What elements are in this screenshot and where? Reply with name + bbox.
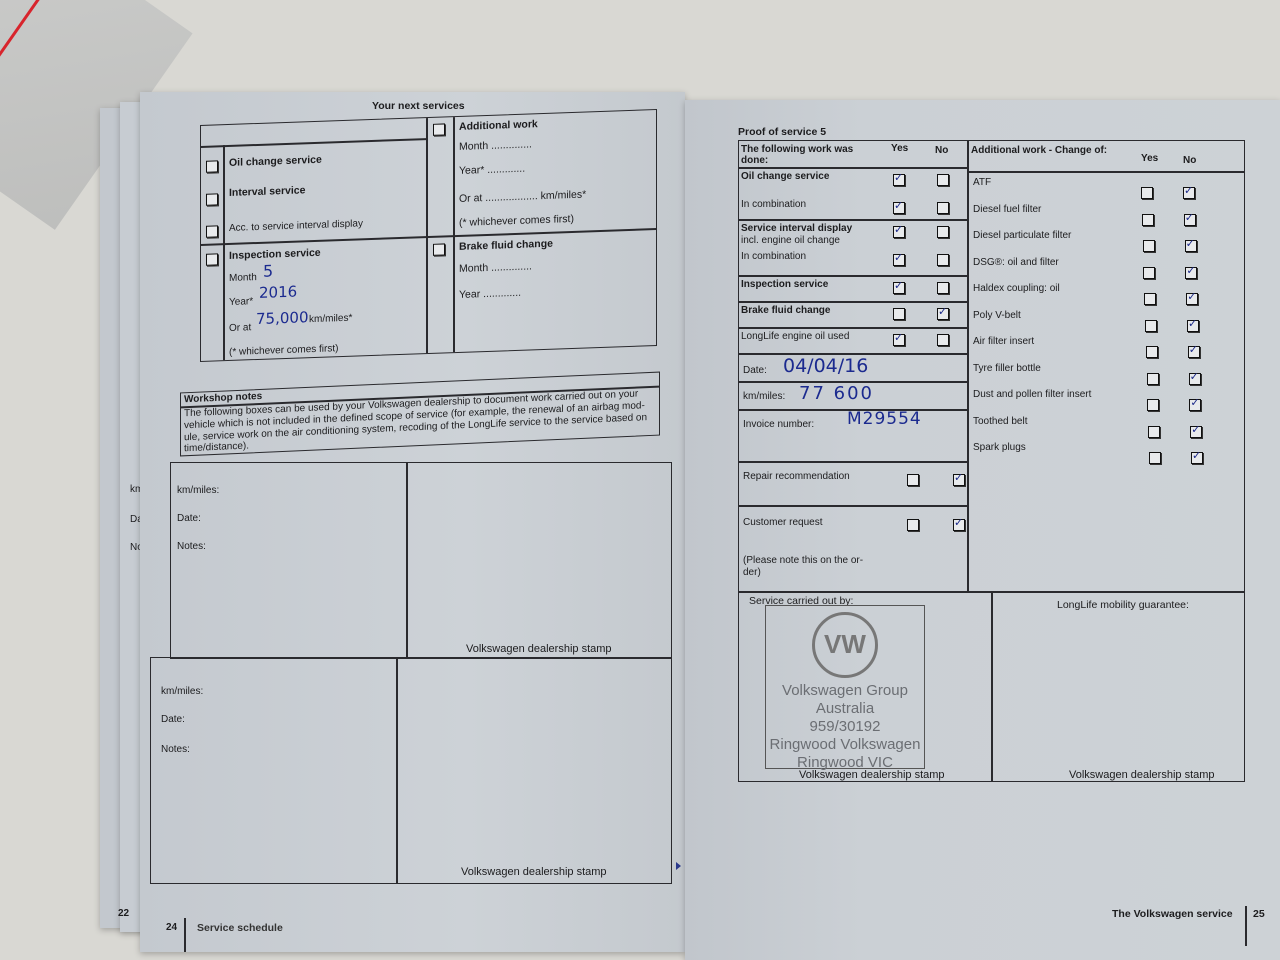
note-block-2: km/miles: Date: Notes: Volkswagen dealer…: [150, 657, 672, 884]
brake-fluid-label: Brake fluid change: [459, 238, 553, 253]
oil-change-label: Oil change service: [229, 154, 322, 169]
note2-stamp-caption: Volkswagen dealership stamp: [461, 866, 607, 878]
stamp-line: 959/30192: [766, 718, 924, 736]
additional-item-yes-checkbox[interactable]: [1145, 320, 1157, 332]
work-item-label: Service interval display: [741, 223, 852, 234]
additional-item-yes-checkbox[interactable]: [1149, 452, 1161, 464]
additional-work-header: Additional work - Change of:: [971, 145, 1107, 156]
additional-item-no-checkbox[interactable]: [1185, 267, 1197, 279]
repair-recommendation-yes-checkbox[interactable]: [907, 474, 919, 486]
proof-of-service-table: The following work was done: Yes No Oil …: [738, 140, 1245, 782]
left-page-number: 24: [166, 922, 177, 933]
inspection-year-value: 2016: [259, 283, 297, 302]
inspection-km-value: 75,000: [256, 308, 309, 328]
date-label: Date:: [743, 365, 767, 376]
additional-item-label: Haldex coupling: oil: [973, 283, 1060, 294]
next-page-arrow-icon: [676, 862, 681, 870]
additional-item-no-checkbox[interactable]: [1189, 373, 1201, 385]
additional-item-yes-checkbox[interactable]: [1148, 426, 1160, 438]
additional-item-yes-checkbox[interactable]: [1147, 399, 1159, 411]
inspection-or-at-label: Or at: [229, 322, 251, 334]
customer-request-yes-checkbox[interactable]: [907, 519, 919, 531]
additional-item-no-checkbox[interactable]: [1185, 240, 1197, 252]
note1-notes-label: Notes:: [177, 541, 206, 552]
work-item-no-checkbox[interactable]: [937, 308, 949, 320]
right-page: Proof of service 5 The following work wa…: [685, 100, 1280, 960]
next-services-table: Oil change service Interval service Acc.…: [200, 109, 657, 362]
inspection-note: (* whichever comes first): [229, 343, 338, 358]
left-page: Your next services Oil change service In…: [140, 92, 685, 952]
additional-work-year: Year* .............: [459, 163, 525, 177]
inspection-year-label: Year*: [229, 296, 253, 308]
additional-no-header: No: [1183, 155, 1196, 166]
additional-work-or-at: Or at .................. km/miles*: [459, 188, 586, 204]
work-item-no-checkbox[interactable]: [937, 226, 949, 238]
additional-item-label: Poly V-belt: [973, 310, 1021, 321]
customer-request-no-checkbox[interactable]: [953, 519, 965, 531]
dealership-stamp: VW Volkswagen Group Australia 959/30192 …: [765, 605, 925, 769]
km-value: 77 600: [799, 383, 874, 404]
additional-item-yes-checkbox[interactable]: [1141, 187, 1153, 199]
right-page-number: 25: [1253, 908, 1265, 920]
interval-service-label: Interval service: [229, 184, 305, 199]
interval-service-checkbox[interactable]: [206, 193, 218, 205]
vw-logo-icon: VW: [812, 612, 878, 678]
interval-display-label: Acc. to service interval display: [229, 218, 363, 234]
additional-item-no-checkbox[interactable]: [1189, 399, 1201, 411]
inspection-km-unit: km/miles*: [309, 313, 352, 326]
work-item-label: LongLife engine oil used: [741, 331, 849, 342]
work-item-yes-checkbox[interactable]: [893, 282, 905, 294]
inspection-label: Inspection service: [229, 247, 321, 262]
invoice-label: Invoice number:: [743, 419, 814, 430]
note2-km-label: km/miles:: [161, 686, 203, 697]
additional-item-no-checkbox[interactable]: [1191, 452, 1203, 464]
work-item-yes-checkbox[interactable]: [893, 308, 905, 320]
work-item-label: Inspection service: [741, 279, 828, 290]
prev-page-number: 22: [118, 908, 129, 919]
additional-item-label: Toothed belt: [973, 416, 1028, 427]
note-block-1: km/miles: Date: Notes: Volkswagen dealer…: [170, 462, 672, 659]
work-item-yes-checkbox[interactable]: [893, 202, 905, 214]
additional-item-no-checkbox[interactable]: [1186, 293, 1198, 305]
work-item-no-checkbox[interactable]: [937, 202, 949, 214]
note2-date-label: Date:: [161, 714, 185, 725]
right-footer-title: The Volkswagen service: [1112, 908, 1233, 920]
additional-item-yes-checkbox[interactable]: [1143, 267, 1155, 279]
invoice-value: M29554: [847, 409, 922, 429]
work-item-no-checkbox[interactable]: [937, 334, 949, 346]
next-services-title: Your next services: [372, 100, 465, 112]
additional-item-label: Air filter insert: [973, 336, 1034, 347]
inspection-checkbox[interactable]: [206, 253, 218, 265]
additional-item-no-checkbox[interactable]: [1183, 187, 1195, 199]
additional-item-label: Dust and pollen filter insert: [973, 389, 1091, 400]
work-item-label: Brake fluid change: [741, 305, 830, 316]
additional-item-label: Diesel particulate filter: [973, 230, 1071, 241]
work-done-header: The following work was done:: [741, 144, 871, 166]
work-item-sublabel: incl. engine oil change: [741, 235, 840, 246]
note2-notes-label: Notes:: [161, 744, 190, 755]
additional-work-month: Month ..............: [459, 138, 532, 153]
stamp-line: Volkswagen Group: [766, 682, 924, 700]
additional-item-no-checkbox[interactable]: [1184, 214, 1196, 226]
additional-item-yes-checkbox[interactable]: [1143, 240, 1155, 252]
additional-item-yes-checkbox[interactable]: [1146, 346, 1158, 358]
workshop-notes-line: time/distance).: [184, 440, 249, 454]
work-item-yes-checkbox[interactable]: [893, 226, 905, 238]
work-item-label: In combination: [741, 251, 806, 262]
work-item-yes-checkbox[interactable]: [893, 334, 905, 346]
note1-date-label: Date:: [177, 513, 201, 524]
additional-item-yes-checkbox[interactable]: [1144, 293, 1156, 305]
workshop-notes-box: Workshop notes The following boxes can b…: [180, 372, 660, 457]
additional-item-yes-checkbox[interactable]: [1142, 214, 1154, 226]
mobility-guarantee-label: LongLife mobility guarantee:: [1057, 599, 1189, 611]
additional-item-label: ATF: [973, 177, 991, 188]
additional-item-label: Tyre filler bottle: [973, 363, 1041, 374]
additional-item-label: Diesel fuel filter: [973, 204, 1041, 215]
customer-request-label: Customer request: [743, 517, 822, 528]
brake-fluid-year: Year .............: [459, 287, 521, 301]
work-item-no-checkbox[interactable]: [937, 174, 949, 186]
date-value: 04/04/16: [783, 355, 868, 377]
additional-work-note: (* whichever comes first): [459, 213, 574, 229]
additional-item-no-checkbox[interactable]: [1188, 346, 1200, 358]
stamp-line: Australia: [766, 700, 924, 718]
brake-fluid-checkbox[interactable]: [433, 243, 445, 255]
yes-header: Yes: [891, 143, 908, 154]
work-item-label: Oil change service: [741, 171, 829, 182]
work-item-label: In combination: [741, 199, 806, 210]
left-footer-title: Service schedule: [197, 922, 283, 934]
additional-yes-header: Yes: [1141, 153, 1158, 164]
oil-change-checkbox[interactable]: [206, 160, 218, 172]
work-item-no-checkbox[interactable]: [937, 254, 949, 266]
stamp-line: Ringwood Volkswagen: [766, 736, 924, 754]
km-label: km/miles:: [743, 391, 785, 402]
additional-work-label: Additional work: [459, 118, 538, 133]
work-item-no-checkbox[interactable]: [937, 282, 949, 294]
note1-stamp-caption: Volkswagen dealership stamp: [466, 643, 612, 655]
repair-recommendation-label: Repair recommendation: [743, 471, 850, 482]
additional-item-no-checkbox[interactable]: [1190, 426, 1202, 438]
work-item-yes-checkbox[interactable]: [893, 174, 905, 186]
additional-item-no-checkbox[interactable]: [1187, 320, 1199, 332]
inspection-month-value: 5: [263, 261, 273, 280]
repair-recommendation-no-checkbox[interactable]: [953, 474, 965, 486]
additional-item-yes-checkbox[interactable]: [1147, 373, 1159, 385]
additional-work-checkbox[interactable]: [433, 123, 445, 135]
stamp-caption: Volkswagen dealership stamp: [799, 769, 945, 781]
additional-item-label: DSG®: oil and filter: [973, 257, 1059, 268]
no-header: No: [935, 145, 948, 156]
customer-request-note: (Please note this on the or- der): [743, 555, 863, 579]
proof-of-service-title: Proof of service 5: [738, 126, 826, 138]
note1-km-label: km/miles:: [177, 485, 219, 496]
mobility-stamp-caption: Volkswagen dealership stamp: [1069, 769, 1215, 781]
interval-display-checkbox[interactable]: [206, 225, 218, 237]
additional-item-label: Spark plugs: [973, 442, 1026, 453]
inspection-month-label: Month: [229, 272, 257, 284]
brake-fluid-month: Month ..............: [459, 260, 532, 275]
work-item-yes-checkbox[interactable]: [893, 254, 905, 266]
